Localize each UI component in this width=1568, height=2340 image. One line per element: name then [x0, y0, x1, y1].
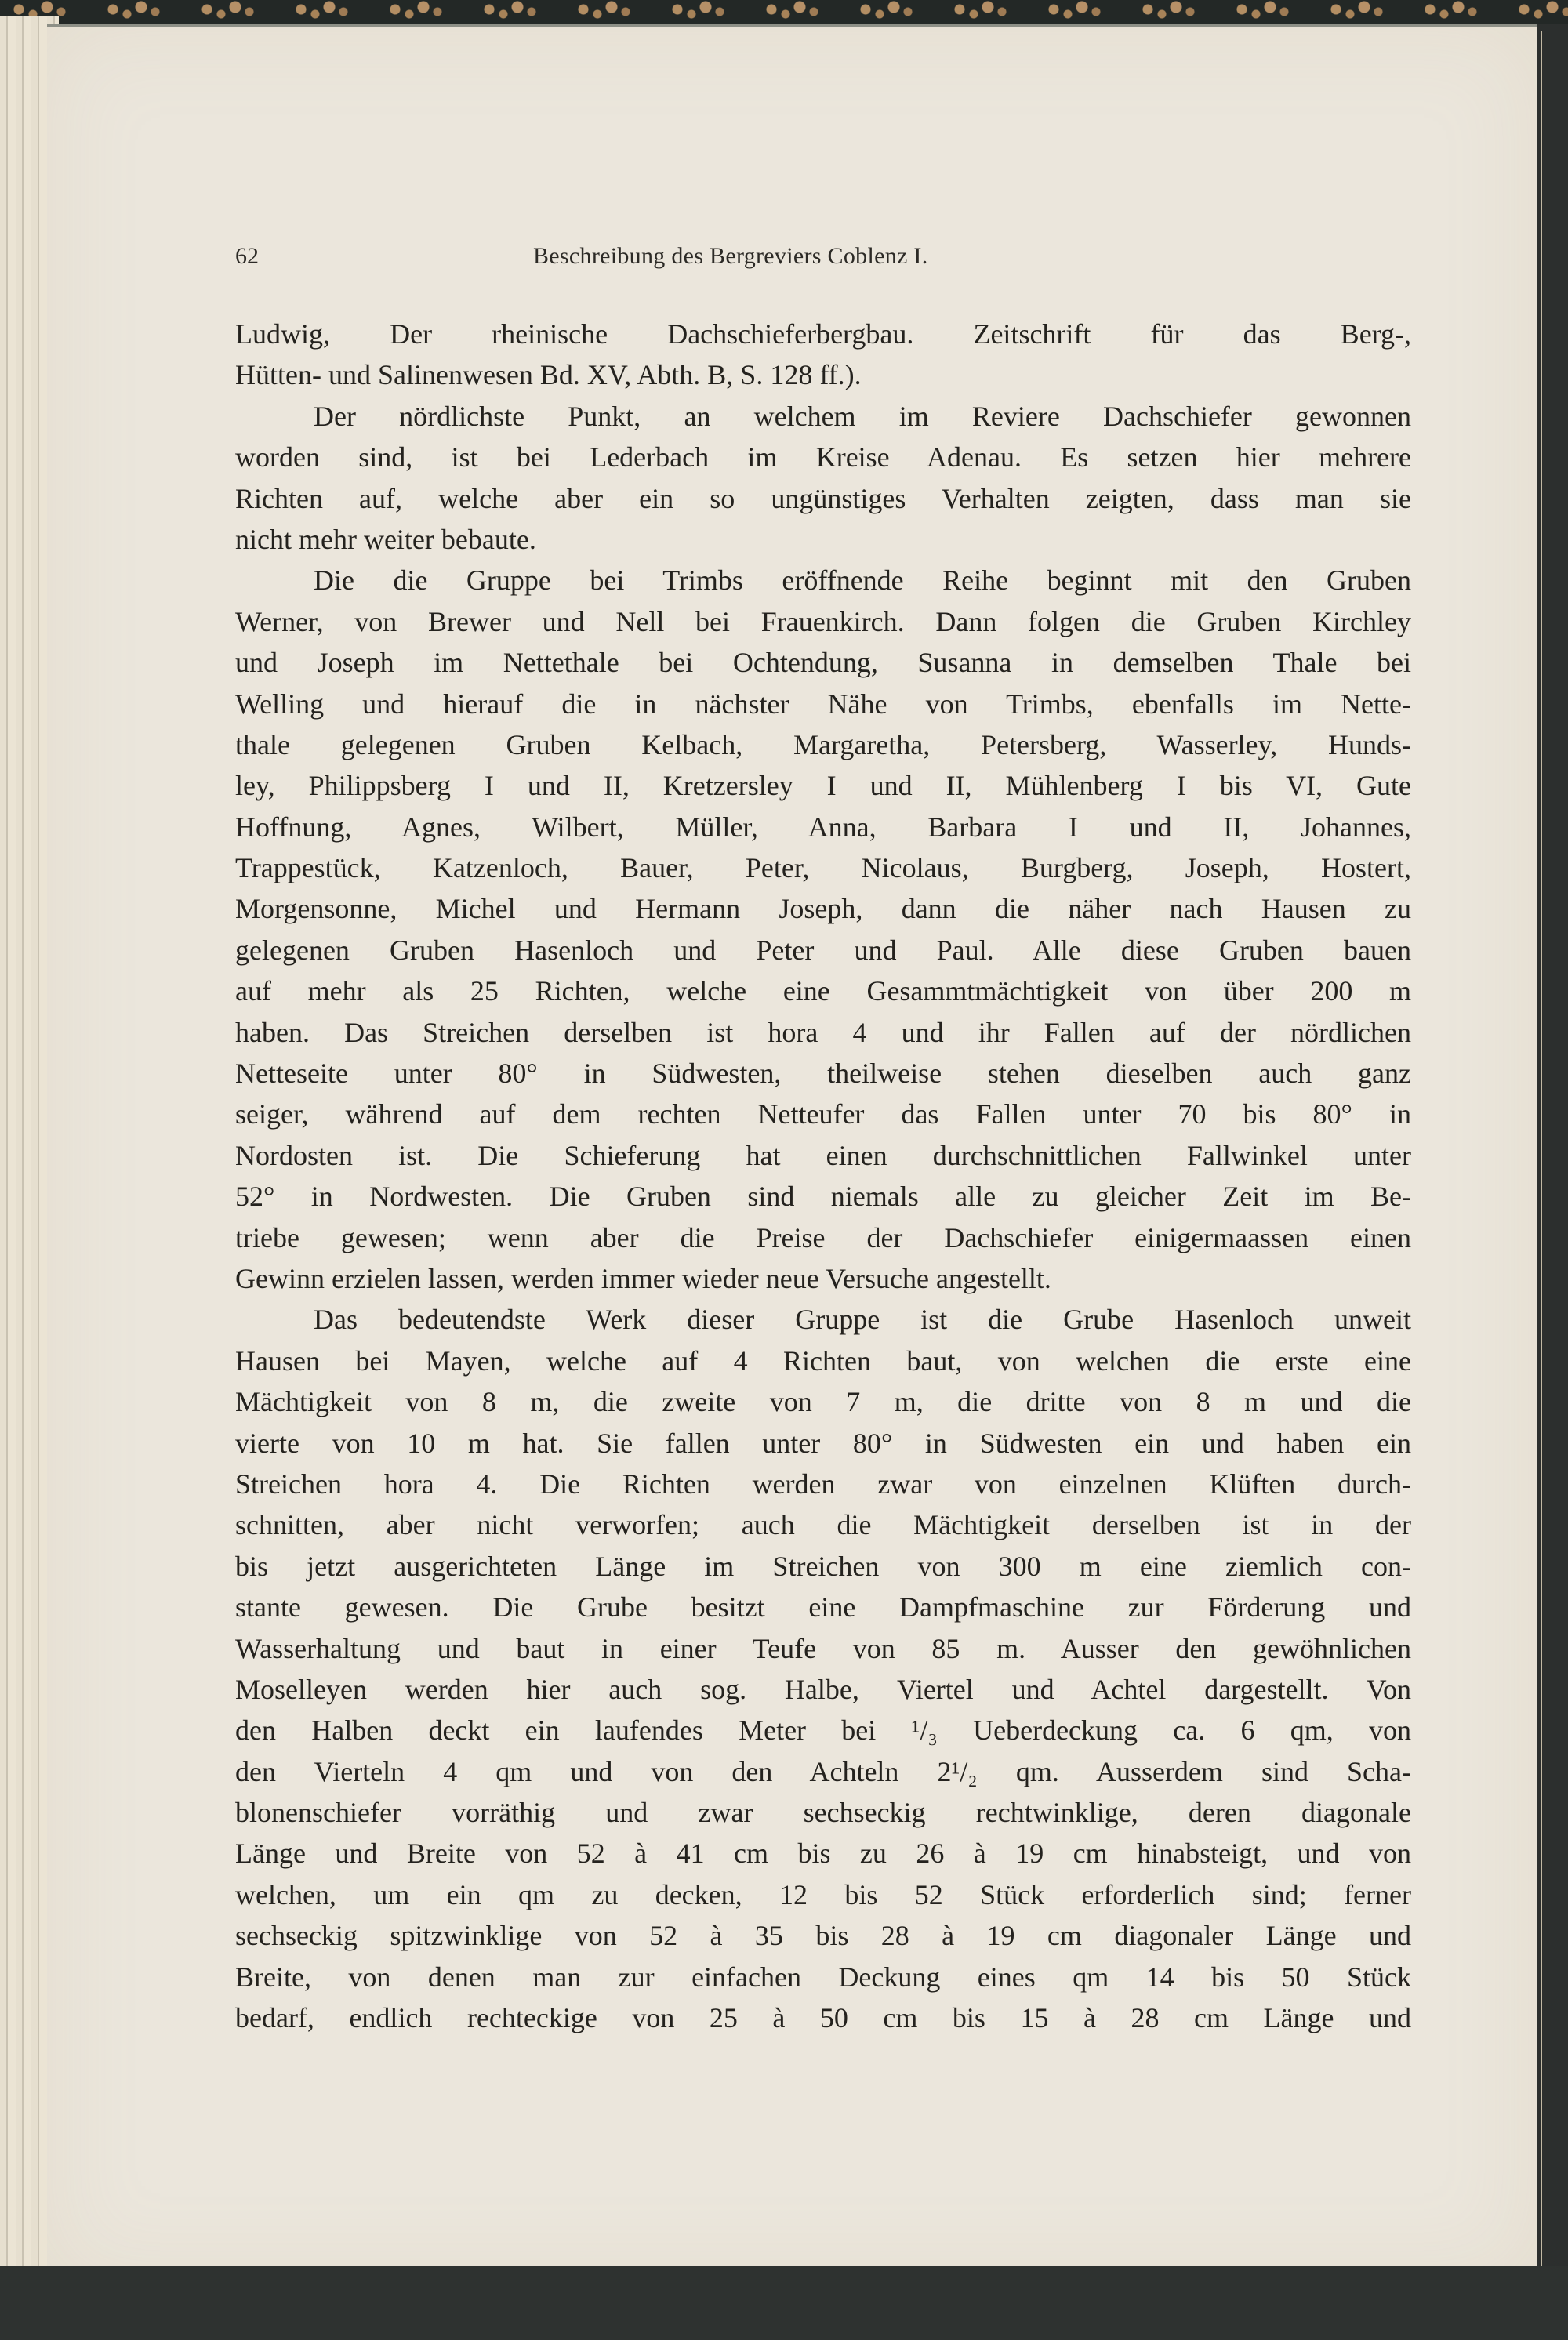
text-line: bis jetzt ausgerichteten Länge im Streic…: [235, 1546, 1411, 1587]
text-line: auf mehr als 25 Richten, welche eine Ges…: [235, 970, 1411, 1011]
text-line: sechseckig spitzwinklige von 52 à 35 bis…: [235, 1915, 1411, 1956]
text-line: stante gewesen. Die Grube besitzt eine D…: [235, 1587, 1411, 1627]
text-line: den Vierteln 4 qm und von den Achteln 2¹…: [235, 1751, 1411, 1792]
text-line: Richten auf, welche aber ein so ungünsti…: [235, 478, 1411, 519]
running-head: 62 Beschreibung des Bergreviers Coblenz …: [235, 243, 1411, 274]
text-line: gelegenen Gruben Hasenloch und Peter und…: [235, 930, 1411, 970]
text-line: blonenschiefer vorräthig und zwar sechse…: [235, 1792, 1411, 1833]
text-line: und Joseph im Nettethale bei Ochtendung,…: [235, 642, 1411, 683]
text-line: Trappestück, Katzenloch, Bauer, Peter, N…: [235, 847, 1411, 888]
text-line: Mächtigkeit von 8 m, die zweite von 7 m,…: [235, 1381, 1411, 1422]
book-cover-top: [0, 0, 1568, 24]
text-line: thale gelegenen Gruben Kelbach, Margaret…: [235, 724, 1411, 765]
text-line: bedarf, endlich rechteckige von 25 à 50 …: [235, 1997, 1411, 2038]
text-line: Wasserhaltung und baut in einer Teufe vo…: [235, 1628, 1411, 1669]
text-line: Länge und Breite von 52 à 41 cm bis zu 2…: [235, 1833, 1411, 1874]
text-line: Ludwig, Der rheinische Dachschieferbergb…: [235, 314, 1411, 354]
text-line: Nordosten ist. Die Schieferung hat einen…: [235, 1135, 1411, 1176]
text-line: den Halben deckt ein laufendes Meter bei…: [235, 1710, 1411, 1750]
text-line: nicht mehr weiter bebaute.: [235, 519, 1411, 560]
text-line: Welling und hierauf die in nächster Nähe…: [235, 684, 1411, 724]
text-line: ley, Philippsberg I und II, Kretzersley …: [235, 765, 1411, 806]
text-line: seiger, während auf dem rechten Netteufe…: [235, 1094, 1411, 1134]
page-number: 62: [235, 243, 259, 270]
text-line: Werner, von Brewer und Nell bei Frauenki…: [235, 601, 1411, 642]
page-edge-line: [1541, 31, 1542, 2273]
body-text: Ludwig, Der rheinische Dachschieferbergb…: [235, 314, 1411, 2038]
text-line: Moselleyen werden hier auch sog. Halbe, …: [235, 1669, 1411, 1710]
text-line: Hütten- und Salinenwesen Bd. XV, Abth. B…: [235, 354, 1411, 395]
text-line: Streichen hora 4. Die Richten werden zwa…: [235, 1464, 1411, 1504]
text-line: Der nördlichste Punkt, an welchem im Rev…: [235, 396, 1411, 437]
text-line: Morgensonne, Michel und Hermann Joseph, …: [235, 888, 1411, 929]
running-title: Beschreibung des Bergreviers Coblenz I.: [533, 243, 928, 270]
text-line: 52° in Nordwesten. Die Gruben sind niema…: [235, 1176, 1411, 1217]
text-line: Gewinn erzielen lassen, werden immer wie…: [235, 1258, 1411, 1299]
text-line: Die die Gruppe bei Trimbs eröffnende Rei…: [235, 560, 1411, 600]
text-line: haben. Das Streichen derselben ist hora …: [235, 1012, 1411, 1053]
text-line: schnitten, aber nicht verworfen; auch di…: [235, 1504, 1411, 1545]
text-line: Netteseite unter 80° in Südwesten, theil…: [235, 1053, 1411, 1094]
text-line: triebe gewesen; wenn aber die Preise der…: [235, 1217, 1411, 1258]
text-line: Hoffnung, Agnes, Wilbert, Müller, Anna, …: [235, 807, 1411, 847]
text-line: worden sind, ist bei Lederbach im Kreise…: [235, 437, 1411, 477]
text-line: vierte von 10 m hat. Sie fallen unter 80…: [235, 1423, 1411, 1464]
book-cover-bottom: [0, 2266, 1568, 2340]
text-line: welchen, um ein qm zu decken, 12 bis 52 …: [235, 1874, 1411, 1915]
text-line: Das bedeutendste Werk dieser Gruppe ist …: [235, 1299, 1411, 1340]
text-line: Hausen bei Mayen, welche auf 4 Richten b…: [235, 1341, 1411, 1381]
text-line: Breite, von denen man zur einfachen Deck…: [235, 1957, 1411, 1997]
